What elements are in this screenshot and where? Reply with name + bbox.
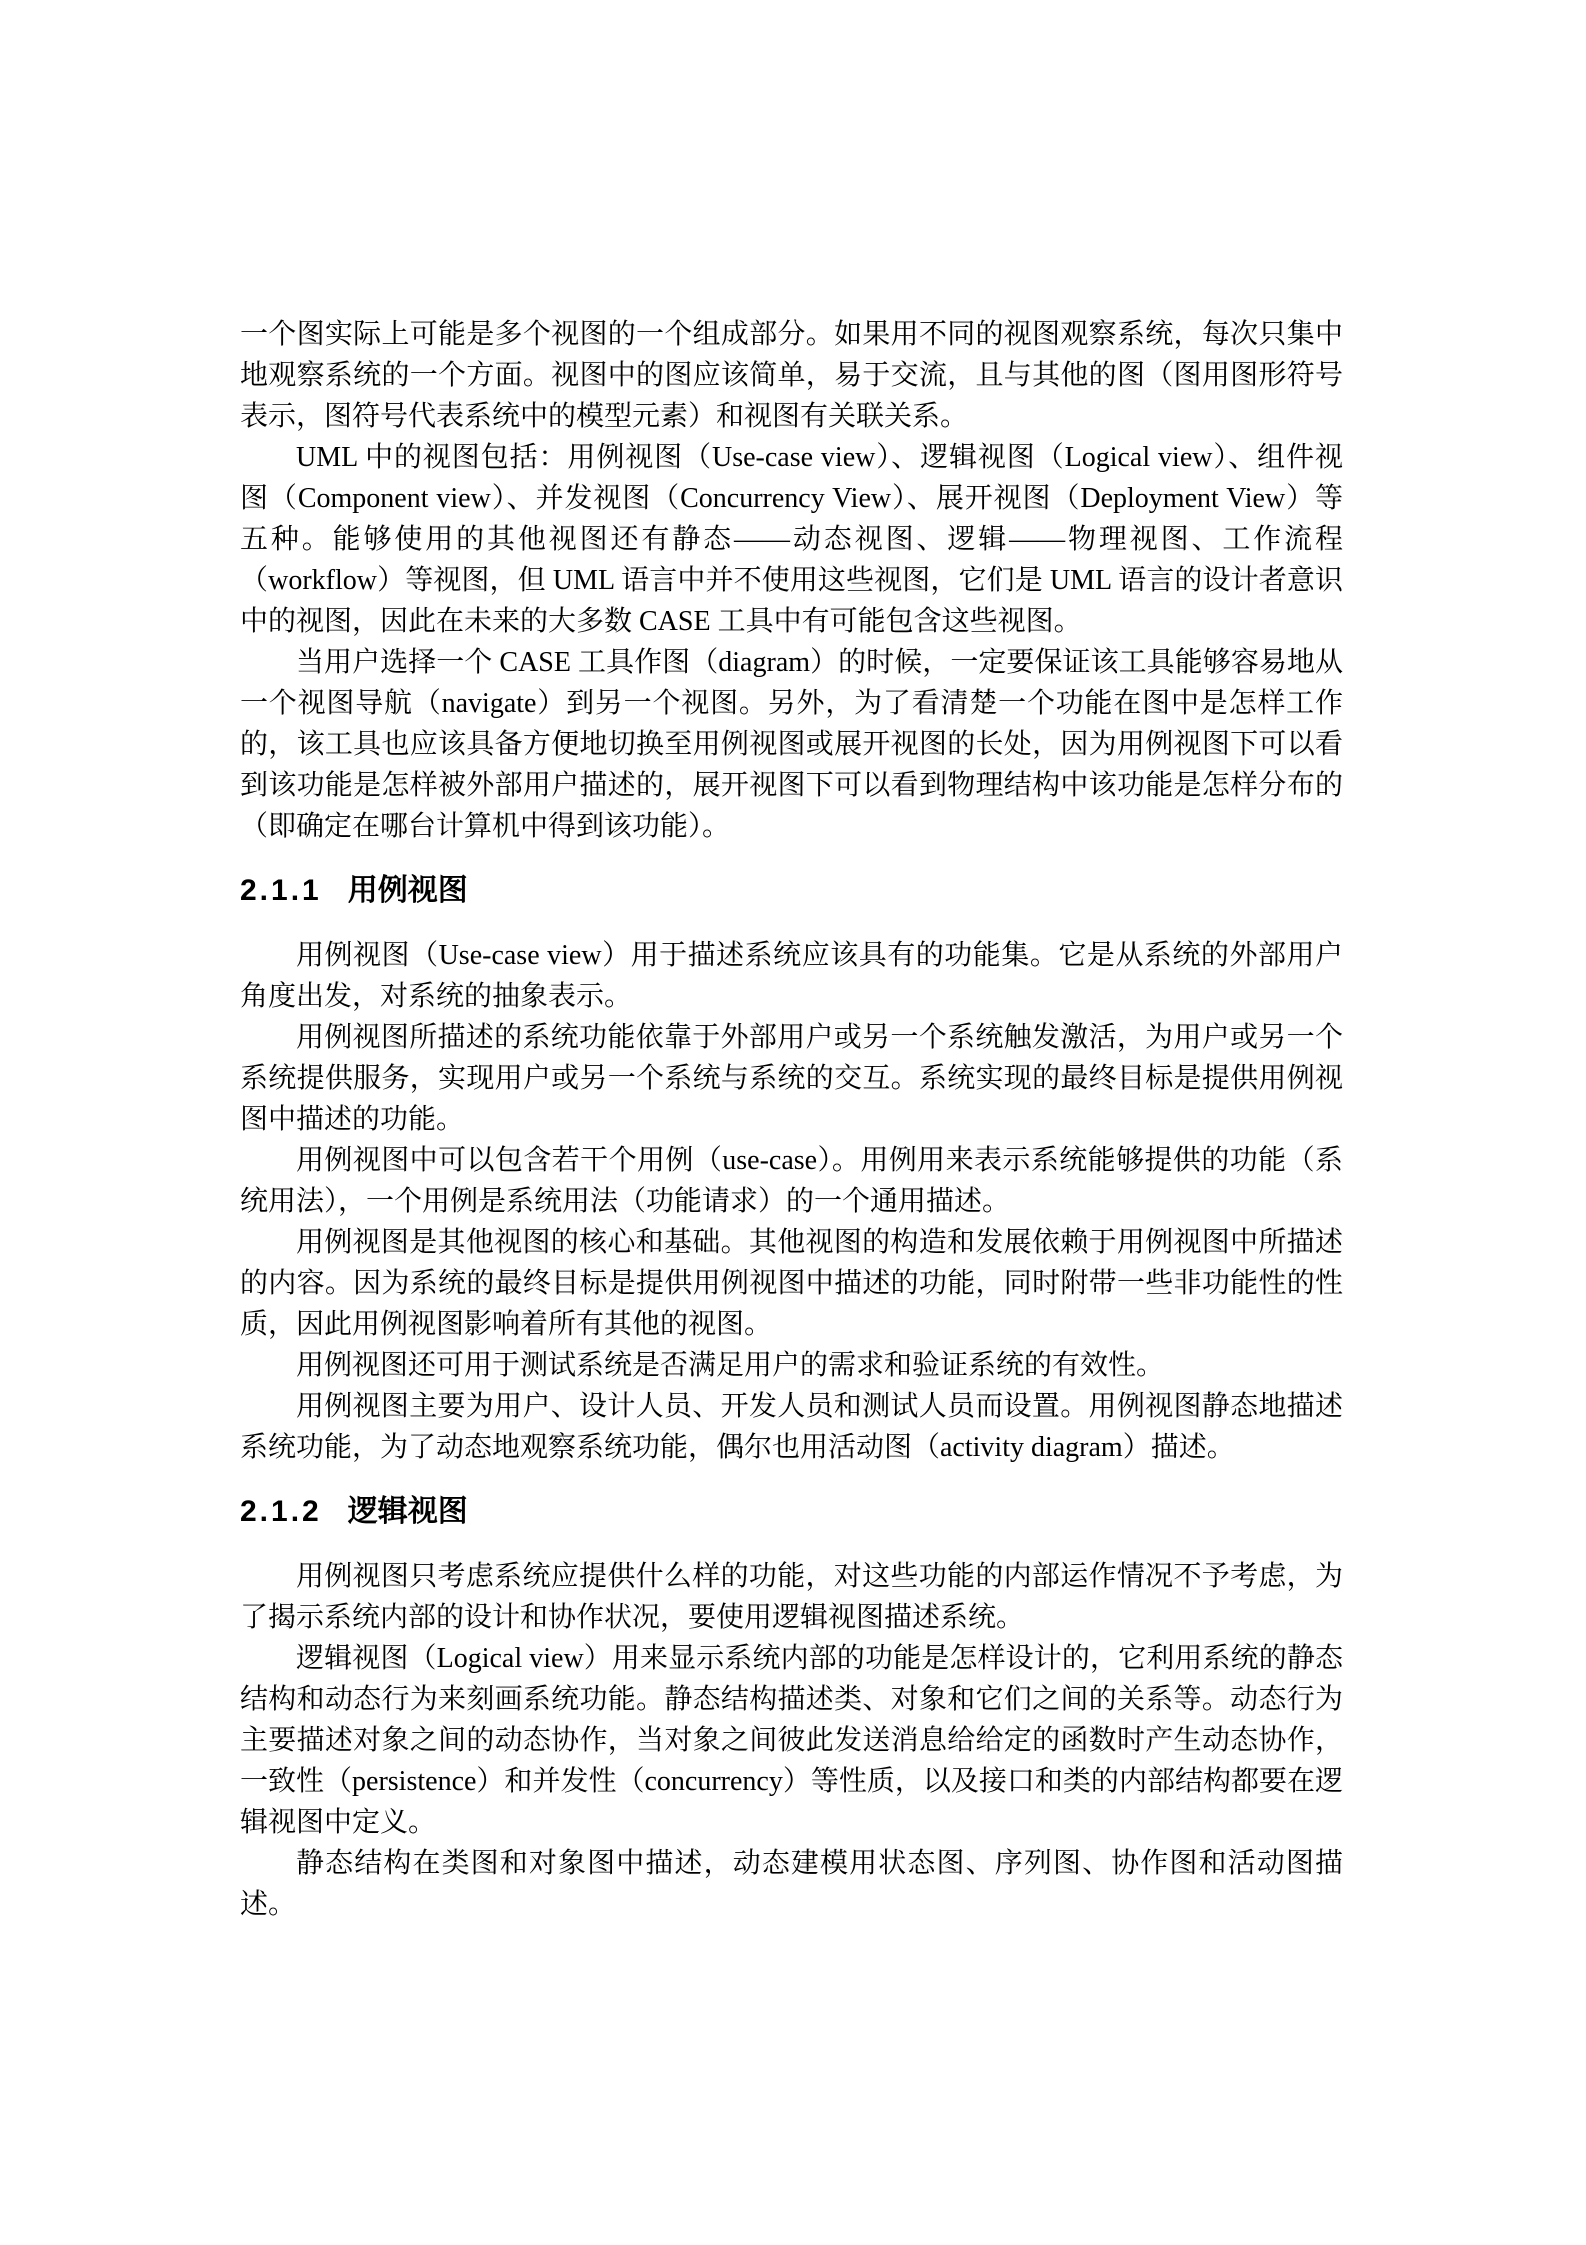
section-title: 用例视图 <box>348 874 468 907</box>
section-number: 2.1.1 <box>240 874 322 907</box>
paragraph-usecase-testing: 用例视图还可用于测试系统是否满足用户的需求和验证系统的有效性。 <box>240 1345 1343 1386</box>
paragraph-static-structure: 静态结构在类图和对象图中描述，动态建模用状态图、序列图、协作图和活动图描述。 <box>240 1843 1343 1925</box>
paragraph-case-tool: 当用户选择一个 CASE 工具作图（diagram）的时候，一定要保证该工具能够… <box>240 642 1343 847</box>
paragraph-usecase-audience: 用例视图主要为用户、设计人员、开发人员和测试人员而设置。用例视图静态地描述系统功… <box>240 1386 1343 1468</box>
paragraph-logical-view-detail: 逻辑视图（Logical view）用来显示系统内部的功能是怎样设计的，它利用系… <box>240 1638 1343 1843</box>
section-heading-2-1-1: 2.1.1用例视图 <box>240 870 1343 911</box>
paragraph-uml-views: UML 中的视图包括：用例视图（Use-case view）、逻辑视图（Logi… <box>240 437 1343 642</box>
paragraph-usecase-view-function: 用例视图所描述的系统功能依靠于外部用户或另一个系统触发激活，为用户或另一个系统提… <box>240 1017 1343 1140</box>
paragraph-logical-view-motivation: 用例视图只考虑系统应提供什么样的功能，对这些功能的内部运作情况不予考虑，为了揭示… <box>240 1556 1343 1638</box>
paragraph-usecase-core: 用例视图是其他视图的核心和基础。其他视图的构造和发展依赖于用例视图中所描述的内容… <box>240 1222 1343 1345</box>
section-title: 逻辑视图 <box>348 1495 468 1528</box>
document-page: 一个图实际上可能是多个视图的一个组成部分。如果用不同的视图观察系统，每次只集中地… <box>0 0 1586 2245</box>
section-number: 2.1.2 <box>240 1495 322 1528</box>
paragraph-continuation: 一个图实际上可能是多个视图的一个组成部分。如果用不同的视图观察系统，每次只集中地… <box>240 314 1343 437</box>
paragraph-usecase-contains: 用例视图中可以包含若干个用例（use-case）。用例用来表示系统能够提供的功能… <box>240 1140 1343 1222</box>
section-heading-2-1-2: 2.1.2逻辑视图 <box>240 1491 1343 1532</box>
paragraph-usecase-view-intro: 用例视图（Use-case view）用于描述系统应该具有的功能集。它是从系统的… <box>240 935 1343 1017</box>
